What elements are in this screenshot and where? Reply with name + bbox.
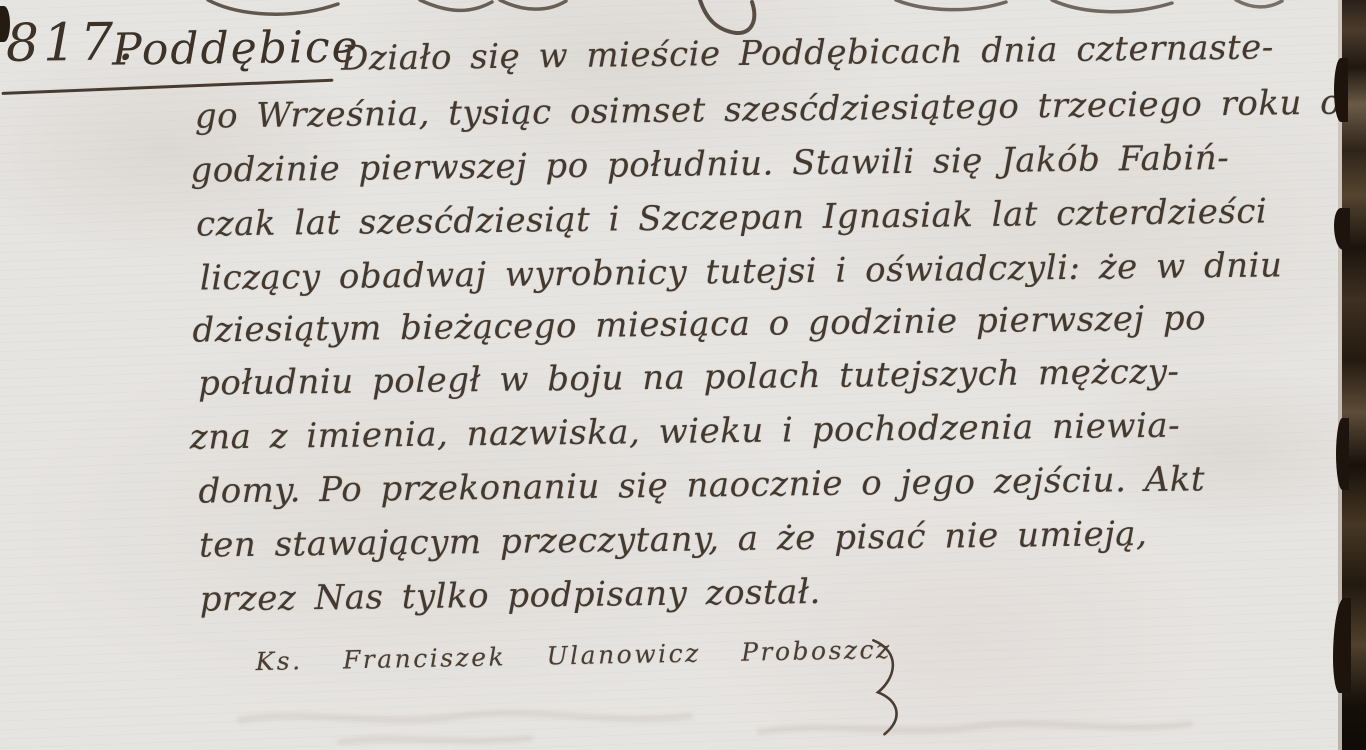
- priest-signature: Ks. Franciszek Ulanowicz Proboszcz: [255, 635, 892, 676]
- edge-ink-blob: [1334, 208, 1350, 250]
- edge-ink-blob: [1334, 58, 1348, 122]
- record-text-line: liczący obadwaj wyrobnicy tutejsi i oświ…: [200, 248, 1283, 295]
- heading-underline: [2, 79, 334, 95]
- bleed-through-marks: [220, 680, 1220, 750]
- record-text-line: przez Nas tylko podpisany został.: [200, 575, 821, 617]
- record-text-line: go Września, tysiąc osimset szesćdziesią…: [195, 86, 1342, 134]
- record-text-line: czak lat szesćdziesiąt i Szczepan Ignasi…: [196, 195, 1268, 242]
- record-text-line: dziesiątym bieżącego miesiąca o godzinie…: [192, 301, 1206, 347]
- record-text-line: domy. Po przekonaniu się naocznie o jego…: [198, 462, 1205, 508]
- binding-edge: [1342, 0, 1366, 750]
- manuscript-page: 817. Poddębice Działo się w mieście Podd…: [0, 0, 1366, 750]
- record-text-line: Działo się w mieście Poddębicach dnia cz…: [341, 30, 1274, 75]
- edge-ink-blob: [1336, 418, 1349, 490]
- handwritten-text-layer: 817. Poddębice Działo się w mieście Podd…: [0, 0, 1366, 750]
- record-text-line: ten stawającym przeczytany, a że pisać n…: [199, 517, 1148, 563]
- place-name: Poddębice: [112, 22, 360, 76]
- record-text-line: zna z imienia, nazwiska, wieku i pochodz…: [190, 409, 1181, 455]
- record-text-line: południu poległ w boju na polach tutejsz…: [198, 355, 1180, 401]
- record-text-line: godzinie pierwszej po południu. Stawili …: [190, 141, 1229, 188]
